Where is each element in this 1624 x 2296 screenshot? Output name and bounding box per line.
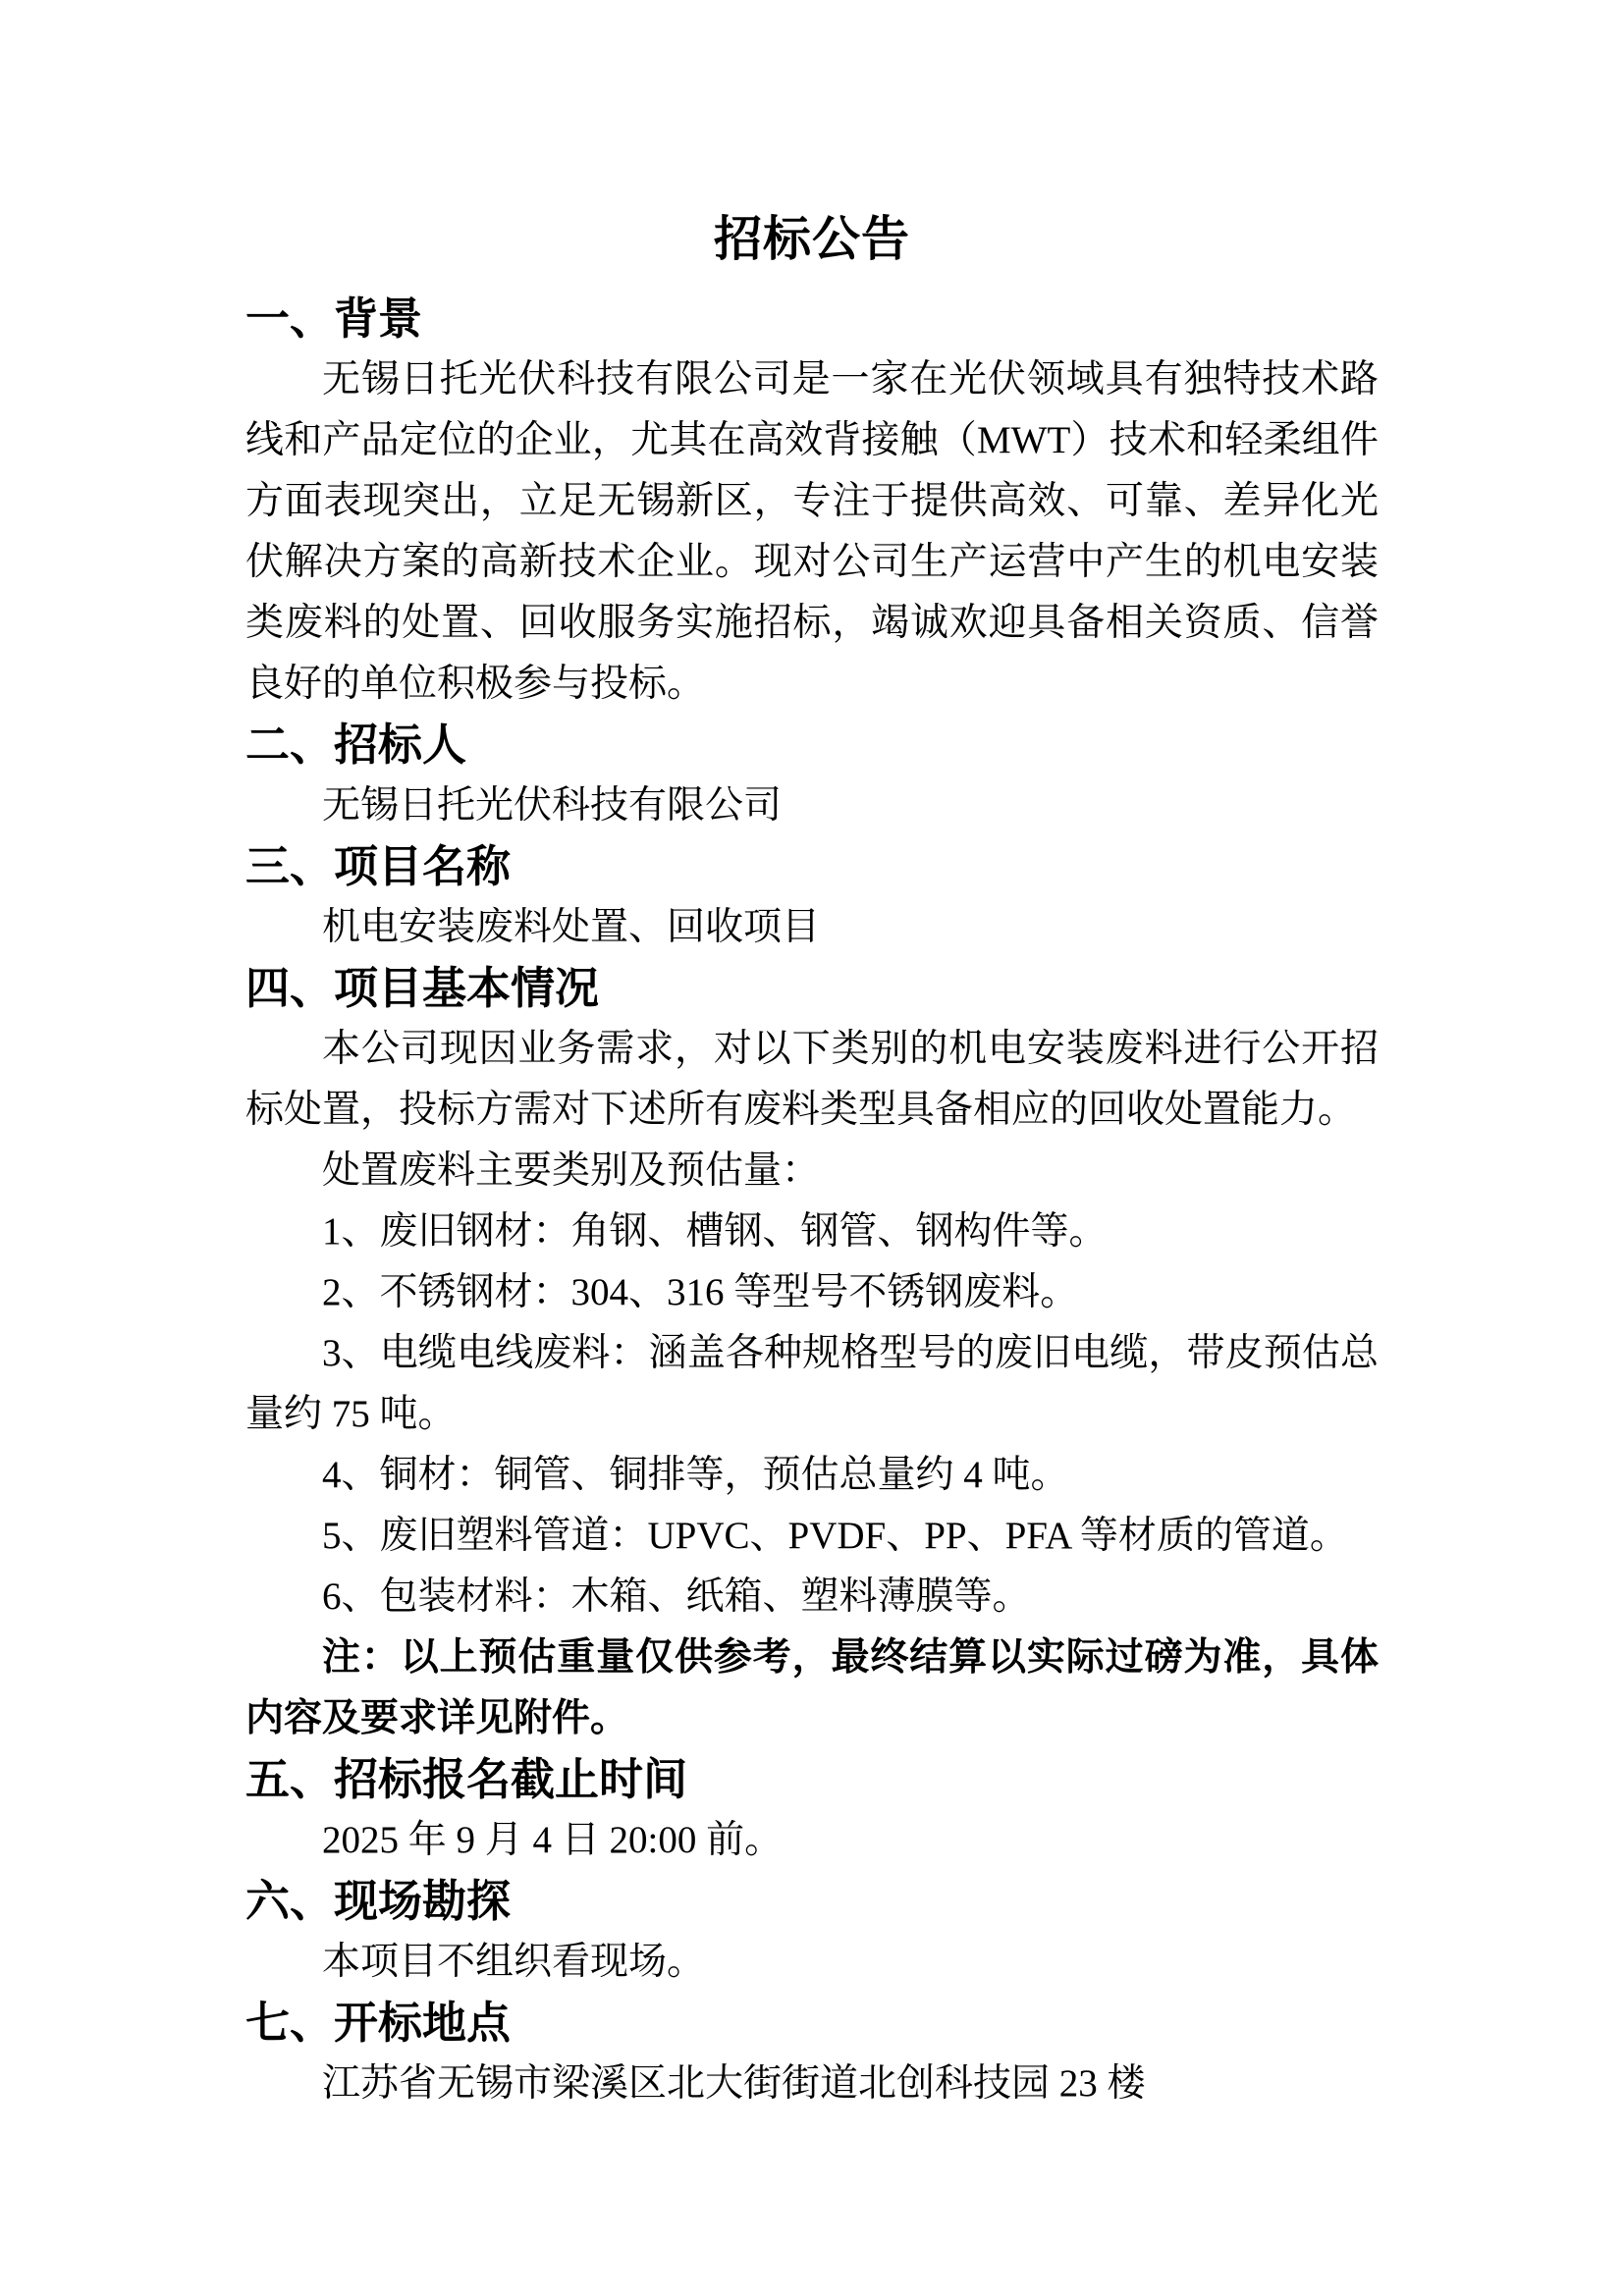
weight-note: 注：以上预估重量仅供参考，最终结算以实际过磅为准，具体内容及要求详见附件。 — [245, 1628, 1379, 1749]
document-content: 招标公告 一、背景 无锡日托光伏科技有限公司是一家在光伏领域具有独特技术路线和产… — [245, 190, 1379, 2114]
section-heading-7: 七、开标地点 — [245, 1993, 1379, 2054]
section-project-overview: 四、项目基本情况 本公司现因业务需求，对以下类别的机电安装废料进行公开招标处置，… — [245, 958, 1379, 1749]
section-background: 一、背景 无锡日托光伏科技有限公司是一家在光伏领域具有独特技术路线和产品定位的企… — [245, 289, 1379, 715]
section-heading-2: 二、招标人 — [245, 715, 1379, 775]
section-heading-4: 四、项目基本情况 — [245, 958, 1379, 1019]
waste-item-4: 4、铜材：铜管、铜排等，预估总量约 4 吨。 — [245, 1445, 1379, 1506]
section-heading-6: 六、现场勘探 — [245, 1871, 1379, 1932]
section-project-name: 三、项目名称 机电安装废料处置、回收项目 — [245, 836, 1379, 958]
section-heading-3: 三、项目名称 — [245, 836, 1379, 897]
section-site-survey: 六、现场勘探 本项目不组织看现场。 — [245, 1871, 1379, 1993]
section-bid-opening-location: 七、开标地点 江苏省无锡市梁溪区北大街街道北创科技园 23 楼 — [245, 1993, 1379, 2114]
waste-item-2: 2、不锈钢材：304、316 等型号不锈钢废料。 — [245, 1262, 1379, 1323]
section-1-paragraph: 无锡日托光伏科技有限公司是一家在光伏领域具有独特技术路线和产品定位的企业，尤其在… — [245, 349, 1379, 715]
section-heading-5: 五、招标报名截止时间 — [245, 1749, 1379, 1810]
project-name: 机电安装废料处置、回收项目 — [245, 897, 1379, 958]
overview-paragraph: 本公司现因业务需求，对以下类别的机电安装废料进行公开招标处置，投标方需对下述所有… — [245, 1019, 1379, 1141]
waste-item-3: 3、电缆电线废料：涵盖各种规格型号的废旧电缆，带皮预估总量约 75 吨。 — [245, 1323, 1379, 1445]
bid-opening-address: 江苏省无锡市梁溪区北大街街道北创科技园 23 楼 — [245, 2054, 1379, 2114]
waste-item-5: 5、废旧塑料管道：UPVC、PVDF、PP、PFA 等材质的管道。 — [245, 1506, 1379, 1567]
document-page: 招标公告 一、背景 无锡日托光伏科技有限公司是一家在光伏领域具有独特技术路线和产… — [0, 0, 1624, 2296]
site-survey-value: 本项目不组织看现场。 — [245, 1932, 1379, 1993]
tenderer-name: 无锡日托光伏科技有限公司 — [245, 775, 1379, 836]
section-tenderer: 二、招标人 无锡日托光伏科技有限公司 — [245, 715, 1379, 836]
waste-category-intro: 处置废料主要类别及预估量： — [245, 1141, 1379, 1201]
deadline-value: 2025 年 9 月 4 日 20:00 前。 — [245, 1810, 1379, 1871]
section-registration-deadline: 五、招标报名截止时间 2025 年 9 月 4 日 20:00 前。 — [245, 1749, 1379, 1871]
waste-item-1: 1、废旧钢材：角钢、槽钢、钢管、钢构件等。 — [245, 1201, 1379, 1262]
waste-item-6: 6、包装材料：木箱、纸箱、塑料薄膜等。 — [245, 1567, 1379, 1628]
document-title: 招标公告 — [245, 190, 1379, 289]
section-heading-1: 一、背景 — [245, 289, 1379, 349]
